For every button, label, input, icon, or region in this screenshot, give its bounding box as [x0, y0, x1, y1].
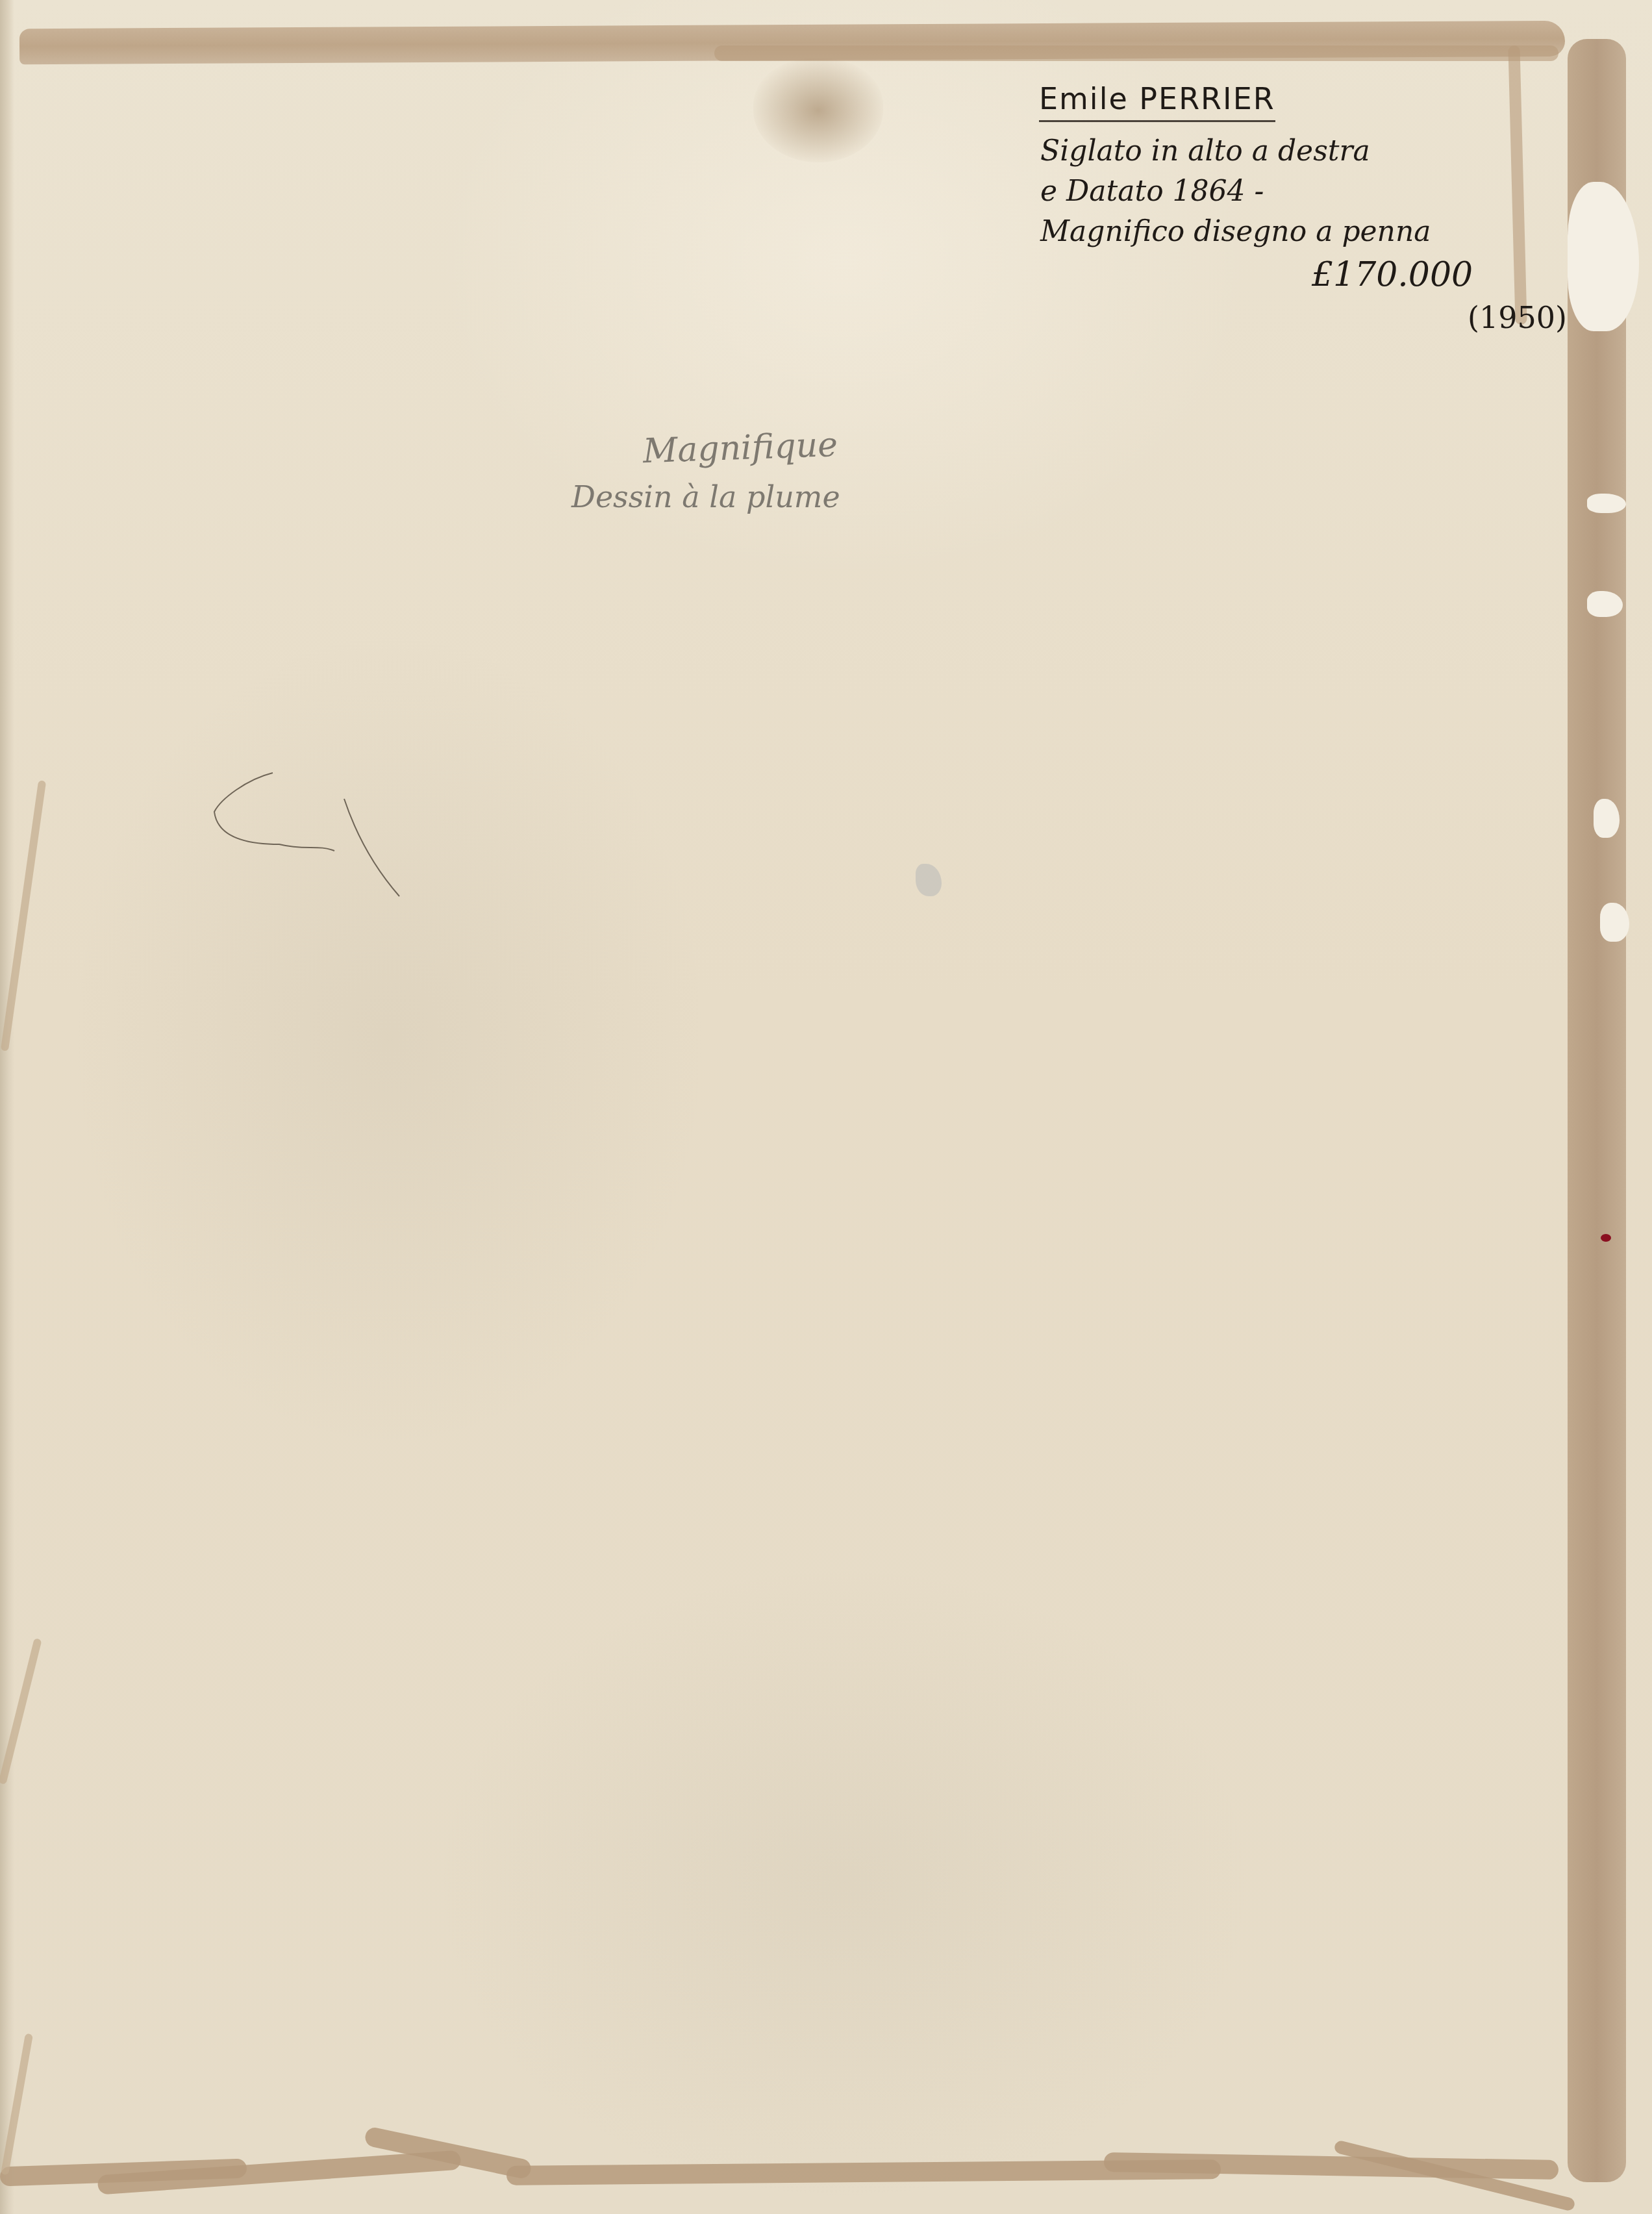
pencil-line: Magnifique [642, 419, 841, 478]
torn-flake [1587, 591, 1623, 617]
year-value: (1950) [1468, 297, 1604, 338]
red-ink-dot [1601, 1234, 1611, 1242]
annotation-line: e Datato 1864 - [1040, 171, 1604, 212]
annotation-line: Magnifico disegno a penna [1040, 212, 1604, 252]
pencil-annotation: Magnifique Dessin à la plume [571, 422, 840, 520]
water-stain [753, 58, 883, 162]
right-tape-stain [1568, 39, 1626, 2182]
pencil-line: Dessin à la plume [571, 474, 840, 520]
top-tape-stain-secondary [714, 45, 1558, 61]
ink-annotation: Emile PERRIER Siglato in alto a destra e… [1032, 81, 1604, 338]
torn-flake [1587, 494, 1626, 513]
annotation-line: Siglato in alto a destra [1040, 131, 1604, 171]
stray-hair-fiber [208, 760, 403, 929]
left-paper-edge [0, 0, 14, 2214]
artist-name: Emile PERRIER [1039, 81, 1275, 122]
price-value: £170.000 [1312, 252, 1604, 297]
